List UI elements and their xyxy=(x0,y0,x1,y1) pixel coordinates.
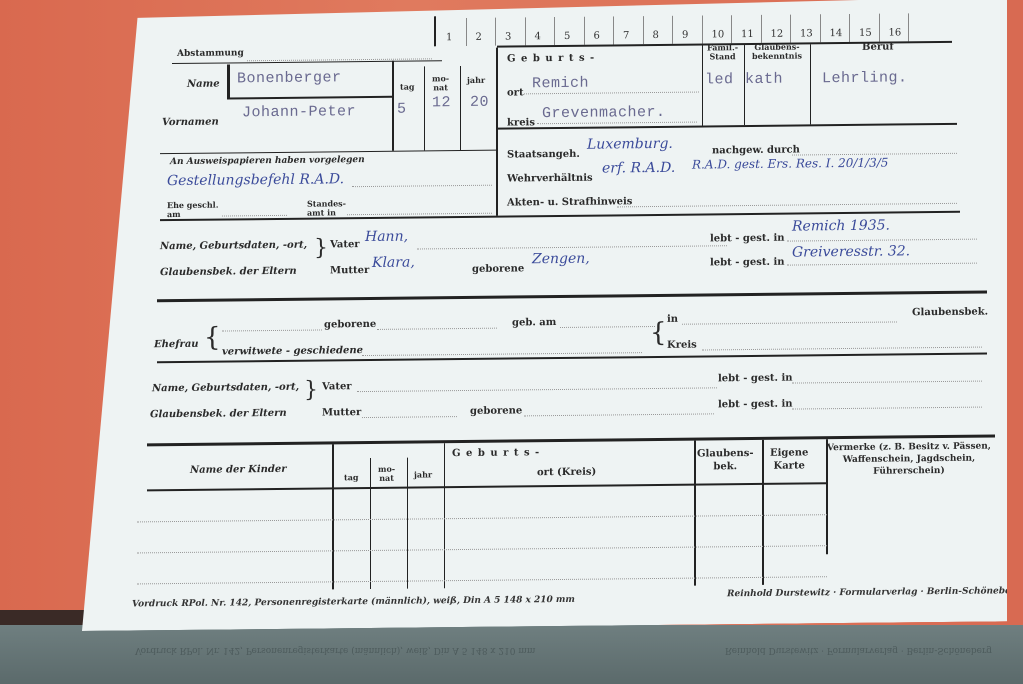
lebt-ehefrau-label-2: lebt - gest. in xyxy=(718,399,793,411)
staatsangeh-value: Luxemburg. xyxy=(587,136,673,153)
ehefrau-in-label: in xyxy=(667,314,678,325)
column-number-divider xyxy=(820,14,821,42)
tag-label: tag xyxy=(400,83,414,92)
column-number-divider xyxy=(731,15,732,43)
column-number-divider xyxy=(525,17,526,45)
column-number-divider xyxy=(790,15,791,43)
column-number-divider xyxy=(554,17,555,45)
column-divider xyxy=(762,440,764,585)
tag-value: 5 xyxy=(397,101,407,118)
kinder-tag-label: tag xyxy=(344,473,358,482)
column-number-divider xyxy=(702,16,703,44)
column-divider xyxy=(694,441,696,586)
ehefrau-kreis-line xyxy=(702,347,982,351)
column-number: 8 xyxy=(653,30,659,41)
column-divider xyxy=(810,44,811,124)
rule xyxy=(160,150,496,155)
wehr-label: Wehrverhältnis xyxy=(507,173,593,185)
footer-form-number: Vordruck RPol. Nr. 142, Personenregister… xyxy=(132,595,575,610)
column-number: 16 xyxy=(889,27,902,38)
kinder-row-line xyxy=(137,545,827,553)
kinder-monat-label: mo- nat xyxy=(378,465,395,483)
glaubens-value: kath xyxy=(745,71,783,88)
glaubens-label: Glaubens- bekenntnis xyxy=(752,42,802,61)
vater-ehefrau-label: Vater xyxy=(322,381,352,392)
column-number: 6 xyxy=(594,31,600,42)
vater-line xyxy=(417,245,727,249)
wehr-value: erf. R.A.D. xyxy=(602,160,675,177)
rule xyxy=(172,60,442,64)
column-number-strip: 12345678910111213141516 xyxy=(82,0,1007,6)
kreis-value: Grevenmacher. xyxy=(542,104,666,122)
vornamen-label: Vornamen xyxy=(162,117,219,129)
mutter-label: Mutter xyxy=(330,265,369,276)
column-divider xyxy=(392,61,394,151)
lebt-line-2 xyxy=(787,263,977,266)
column-number-divider xyxy=(584,17,585,45)
staatsangeh-label: Staatsangeh. xyxy=(507,149,580,161)
geborene-ehefrau-line xyxy=(524,413,714,416)
nachgew-label: nachgew. durch xyxy=(712,144,800,156)
lebt-ehefrau-line-1 xyxy=(792,381,982,384)
column-number: 10 xyxy=(712,29,725,40)
ort-value: Remich xyxy=(532,75,589,93)
footer-publisher: Reinhold Durstewitz · Formularverlag · B… xyxy=(727,586,1022,599)
lebt-gest-label-1: lebt - gest. in xyxy=(710,233,785,245)
geb-am-line xyxy=(560,326,655,328)
column-divider xyxy=(444,443,445,588)
kinder-karte-label: Eigene Karte xyxy=(770,446,808,472)
standesamt-line xyxy=(347,213,492,216)
lebt-gest-value-2: Greiveresstr. 32. xyxy=(792,243,910,260)
jahr-value: 20 xyxy=(470,94,489,111)
card-reflection: Vordruck RPol. Nr. 142, Personenregister… xyxy=(0,625,1023,684)
brace-icon: } xyxy=(304,378,318,403)
ehefrau-glaubensbek-label: Glaubensbek. xyxy=(912,307,988,319)
monat-label: mo- nat xyxy=(432,74,449,92)
name-value: Bonenberger xyxy=(237,69,342,87)
vornamen-value: Johann-Peter xyxy=(242,103,356,121)
rule xyxy=(157,291,987,303)
lebt-gest-value-1: Remich 1935. xyxy=(792,218,890,235)
brace-icon: } xyxy=(314,235,328,260)
column-divider xyxy=(702,45,703,125)
name-box-border xyxy=(227,64,230,98)
column-divider xyxy=(460,66,461,150)
mutter-ehefrau-label: Mutter xyxy=(322,407,361,418)
geborene-ehefrau-label: geborene xyxy=(470,405,522,417)
ehe-geschl-label: Ehe geschl. am xyxy=(167,201,219,220)
personenregisterkarte: 12345678910111213141516 Abstammung Name … xyxy=(82,0,1007,631)
mutter-ehefrau-line xyxy=(362,416,457,418)
geb-am-label: geb. am xyxy=(512,317,556,328)
column-number: 4 xyxy=(535,31,541,42)
ehefrau-geborene-label: geborene xyxy=(324,319,376,331)
column-number: 1 xyxy=(446,32,452,43)
reflected-footer-left: Vordruck RPol. Nr. 142, Personenregister… xyxy=(135,645,535,655)
column-number: 13 xyxy=(800,28,813,39)
reflected-footer-right: Reinhold Durstewitz · Formularverlag · B… xyxy=(725,645,992,655)
column-divider xyxy=(826,439,828,554)
column-number: 2 xyxy=(476,32,482,43)
column-number: 7 xyxy=(623,30,629,41)
ort-label: ort xyxy=(507,87,524,98)
column-number: 15 xyxy=(859,28,872,39)
abstammung-label: Abstammung xyxy=(177,48,244,59)
verwitwete-label: verwitwete - geschiedene xyxy=(222,345,363,357)
lebt-ehefrau-label-1: lebt - gest. in xyxy=(718,373,793,385)
column-number: 11 xyxy=(741,29,754,40)
column-number: 9 xyxy=(682,30,688,41)
beruf-value: Lehrling. xyxy=(822,69,908,87)
kinder-jahr-label: jahr xyxy=(414,470,432,479)
column-divider xyxy=(424,66,425,150)
ausweis-label: An Ausweispapieren haben vorgelegen xyxy=(170,155,365,167)
ehe-date-line xyxy=(222,215,287,217)
kinder-geburts-label: G e b u r t s - xyxy=(452,447,540,459)
ausweis-line xyxy=(352,185,492,187)
mutter-value: Klara, xyxy=(372,255,415,271)
verwitwete-line xyxy=(362,352,642,356)
geborene-value: Zengen, xyxy=(532,251,590,268)
column-divider xyxy=(332,444,334,589)
geburts-label: G e b u r t s - xyxy=(507,53,595,65)
ehefrau-kreis-label: Kreis xyxy=(667,340,697,351)
column-number: 3 xyxy=(505,32,511,43)
vater-value: Hann, xyxy=(365,229,408,245)
ehefrau-geborene-line xyxy=(377,328,497,330)
brace-icon: { xyxy=(650,318,667,348)
eltern-ehefrau-label-2: Glaubensbek. der Eltern xyxy=(150,408,287,420)
ehefrau-name-line xyxy=(222,329,322,331)
column-number-divider xyxy=(879,14,880,42)
column-divider xyxy=(496,130,498,216)
akten-line xyxy=(617,203,957,208)
brace-icon: { xyxy=(204,323,221,353)
column-number-divider xyxy=(908,13,909,41)
kinder-row-line xyxy=(137,576,827,584)
column-number: 12 xyxy=(771,29,784,40)
akten-label: Akten- u. Strafhinweis xyxy=(507,196,632,208)
vater-label: Vater xyxy=(330,239,360,250)
vater-ehefrau-line xyxy=(357,387,717,392)
lebt-line-1 xyxy=(787,239,977,242)
wehr-extra: R.A.D. gest. Ers. Res. I. 20/1/3/5 xyxy=(692,156,888,172)
column-number-divider xyxy=(495,18,496,46)
kinder-glaubens-label: Glaubens- bek. xyxy=(697,447,754,474)
column-number-divider xyxy=(672,16,673,44)
lebt-gest-label-2: lebt - gest. in xyxy=(710,257,785,269)
column-number-divider xyxy=(643,16,644,44)
geborene-label: geborene xyxy=(472,263,524,275)
eltern-label-1: Name, Geburtsdaten, -ort, xyxy=(160,240,307,253)
column-number-divider xyxy=(613,16,614,44)
beruf-label: Beruf xyxy=(862,42,894,53)
column-divider xyxy=(370,458,371,589)
ehefrau-in-line xyxy=(682,321,897,324)
name-box-border xyxy=(227,96,392,100)
eltern-ehefrau-label-1: Name, Geburtsdaten, -ort, xyxy=(152,382,299,395)
rule xyxy=(147,482,827,491)
column-number-divider xyxy=(761,15,762,43)
column-number: 14 xyxy=(830,28,843,39)
eltern-label-2: Glaubensbek. der Eltern xyxy=(160,266,297,278)
kinder-row-line xyxy=(137,514,827,522)
kinder-ort-label: ort (Kreis) xyxy=(537,467,596,479)
ehefrau-label: Ehefrau xyxy=(154,339,199,350)
standesamt-label: Standes- amt in xyxy=(307,199,346,217)
column-divider xyxy=(407,458,408,589)
monat-value: 12 xyxy=(432,94,451,111)
name-label: Name xyxy=(187,79,220,90)
famil-stand-value: led xyxy=(705,71,734,88)
ausweis-value: Gestellungsbefehl R.A.D. xyxy=(167,171,344,189)
column-number-divider xyxy=(849,14,850,42)
vermerke-label: Vermerke (z. B. Besitz v. Pässen, Waffen… xyxy=(827,440,991,478)
jahr-label: jahr xyxy=(467,76,485,85)
column-number-divider xyxy=(466,18,467,46)
famil-stand-label: Famil.- Stand xyxy=(707,43,738,61)
kinder-name-label: Name der Kinder xyxy=(190,464,287,476)
column-number: 5 xyxy=(564,31,570,42)
column-divider xyxy=(434,16,436,46)
lebt-ehefrau-line-2 xyxy=(792,407,982,410)
